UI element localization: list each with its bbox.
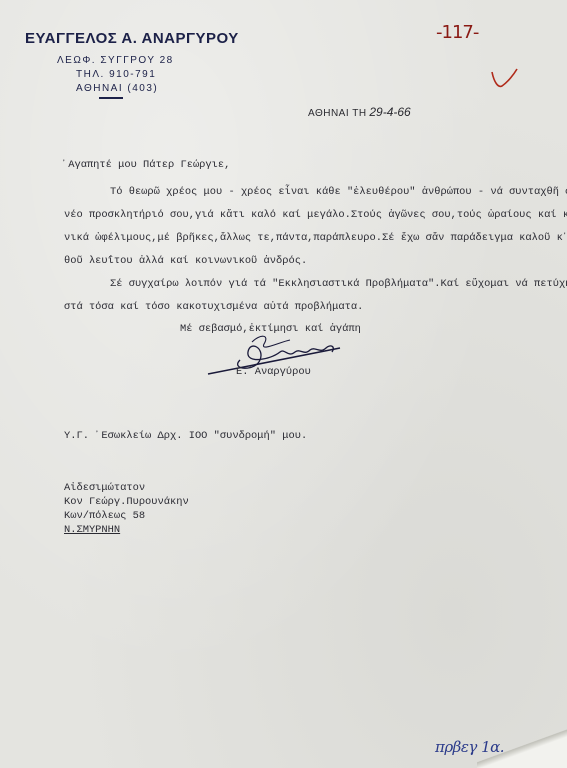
reference-number: -117- bbox=[436, 22, 478, 43]
letterhead-name: ΕΥΑΓΓΕΛΟΣ Α. ΑΝΑΡΓΥΡΟΥ bbox=[25, 30, 239, 47]
letterhead-address: ΛΕΩΦ. ΣΥΓΓΡΟΥ 28 bbox=[57, 55, 174, 66]
recipient-line-4: Ν.ΣΜΥΡΝΗΝ bbox=[64, 524, 120, 536]
check-mark-icon bbox=[490, 66, 520, 92]
letterhead-city: ΑΘΗΝΑΙ (403) bbox=[76, 83, 158, 94]
letterhead-rule bbox=[99, 97, 123, 99]
paragraph1-line: θοῦ λευΐτου ἀλλά καί κοινωνικοῦ ἀνδρός. bbox=[64, 255, 307, 267]
date-line: ΑΘΗΝΑΙ ΤΗ 29-4-66 bbox=[308, 105, 411, 119]
paragraph1-line: Τό θεωρῶ χρέος μου - χρέος εἶναι κάθε "ἐ… bbox=[110, 186, 567, 198]
paragraph1-line: νέο προσκλητήριό σου,γιά κἄτι καλό καί μ… bbox=[64, 209, 567, 221]
postscript: Υ.Γ. ᾿Εσωκλείω Δρχ. ΙΟΟ "συνδρομή" μου. bbox=[64, 430, 307, 442]
recipient-line-1: Αἰδεσιμώτατον bbox=[64, 482, 145, 494]
recipient-line-2: Κον Γεώργ.Πυρουνάκην bbox=[64, 496, 189, 508]
paper-fold bbox=[477, 723, 567, 768]
paragraph2-line: στά τόσα καί τόσο κακοτυχισμένα αὐτά προ… bbox=[64, 301, 363, 313]
date-place: ΑΘΗΝΑΙ ΤΗ bbox=[308, 108, 367, 119]
paragraph2-line: Σέ συγχαίρω λοιπόν γιά τά "Εκκλησιαστικά… bbox=[110, 278, 567, 290]
letterhead-phone: ΤΗΛ. 910-791 bbox=[76, 69, 156, 80]
date-value: 29-4-66 bbox=[369, 105, 410, 119]
signature-name: Ε.᾿Αναργύρου bbox=[236, 366, 311, 378]
paragraph1-line: νικά ὠφέλιμους,μέ βρῆκες,ἄλλως τε,πάντα,… bbox=[64, 232, 567, 244]
greeting: ᾿Αγαπητέ μου Πάτερ Γεώργιε, bbox=[62, 159, 230, 171]
recipient-line-3: Κων/πόλεως 58 bbox=[64, 510, 145, 522]
